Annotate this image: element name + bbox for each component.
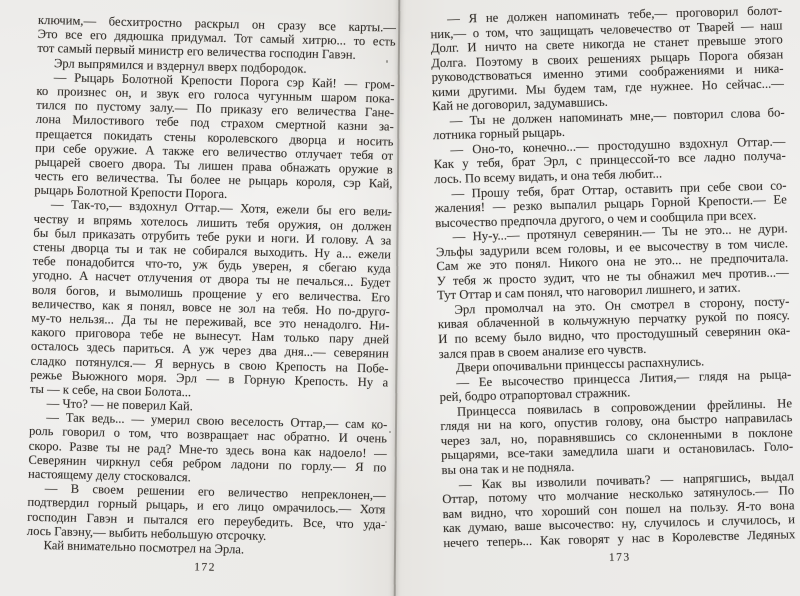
left-page: ключим,— бесхитростно раскрыл он сразу в… <box>26 13 396 578</box>
scan-speck <box>383 126 385 128</box>
scan-speck <box>384 309 386 311</box>
left-page-text: ключим,— бесхитростно раскрыл он сразу в… <box>26 13 396 560</box>
scan-speck <box>385 521 387 523</box>
right-page: — Я не должен напоминать тебе,— проговор… <box>430 3 796 568</box>
right-page-number: 173 <box>444 547 796 568</box>
book-scan: ключим,— бесхитростно раскрыл он сразу в… <box>0 0 800 596</box>
scan-speck <box>389 431 391 433</box>
scan-speck <box>386 60 388 63</box>
scan-speck <box>387 214 390 216</box>
left-page-number: 172 <box>26 558 384 578</box>
right-page-text: — Я не должен напоминать тебе,— проговор… <box>430 3 796 550</box>
